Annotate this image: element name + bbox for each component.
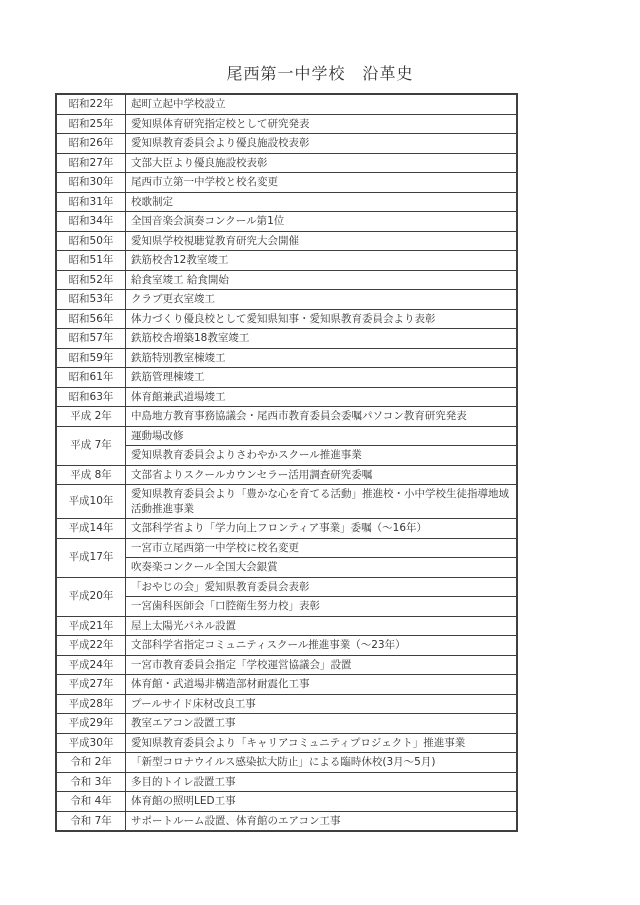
year-cell: 昭和63年 xyxy=(56,387,126,407)
year-cell: 昭和25年 xyxy=(56,114,126,134)
event-cell: 運動場改修 xyxy=(126,426,518,446)
event-cell: 愛知県教育委員会よりさわやかスクール推進事業 xyxy=(126,446,518,466)
year-cell: 平成 8年 xyxy=(56,465,126,485)
table-row: 令和 2年「新型コロナウイルス感染拡大防止」による臨時休校(3月～5月) xyxy=(56,753,517,773)
event-cell: 「新型コロナウイルス感染拡大防止」による臨時休校(3月～5月) xyxy=(126,753,518,773)
year-cell: 昭和22年 xyxy=(56,94,126,114)
year-cell: 昭和52年 xyxy=(56,270,126,290)
event-cell: 多目的トイレ設置工事 xyxy=(126,772,518,792)
event-cell: 体力づくり優良校として愛知県知事・愛知県教育委員会より表彰 xyxy=(126,309,518,329)
event-cell: 文部科学省より「学力向上フロンティア事業」委嘱（～16年） xyxy=(126,519,518,539)
event-cell: 尾西市立第一中学校と校名変更 xyxy=(126,173,518,193)
event-cell: 中島地方教育事務協議会・尾西市教育委員会委嘱パソコン教育研究発表 xyxy=(126,407,518,427)
year-cell: 平成 2年 xyxy=(56,407,126,427)
year-cell: 昭和26年 xyxy=(56,134,126,154)
year-cell: 昭和59年 xyxy=(56,348,126,368)
event-cell: クラブ更衣室竣工 xyxy=(126,290,518,310)
event-cell: 文部科学省指定コミュニティスクール推進事業（～23年） xyxy=(126,636,518,656)
year-cell: 昭和27年 xyxy=(56,153,126,173)
table-row: 昭和27年文部大臣より優良施設校表彰 xyxy=(56,153,517,173)
table-row: 平成22年文部科学省指定コミュニティスクール推進事業（～23年） xyxy=(56,636,517,656)
table-row: 昭和51年鉄筋校舎12教室竣工 xyxy=(56,251,517,271)
event-cell: 愛知県教育委員会より「豊かな心を育てる活動」推進校・小中学校生徒指導地域活動推進… xyxy=(126,485,518,519)
year-cell: 昭和50年 xyxy=(56,231,126,251)
table-row: 令和 4年体育館の照明LED工事 xyxy=(56,792,517,812)
year-cell: 平成30年 xyxy=(56,733,126,753)
event-cell: 体育館兼武道場竣工 xyxy=(126,387,518,407)
table-row: 平成 8年文部省よりスクールカウンセラー活用調査研究委嘱 xyxy=(56,465,517,485)
event-cell: 給食室竣工 給食開始 xyxy=(126,270,518,290)
event-cell: 全国音楽会演奏コンクール第1位 xyxy=(126,212,518,232)
table-row: 昭和53年クラブ更衣室竣工 xyxy=(56,290,517,310)
year-cell: 平成 7年 xyxy=(56,426,126,465)
year-cell: 平成28年 xyxy=(56,694,126,714)
event-cell: 体育館・武道場非構造部材耐震化工事 xyxy=(126,675,518,695)
table-row: 平成28年プールサイド床材改良工事 xyxy=(56,694,517,714)
event-cell: 鉄筋管理棟竣工 xyxy=(126,368,518,388)
table-row: 令和 3年多目的トイレ設置工事 xyxy=(56,772,517,792)
event-cell: プールサイド床材改良工事 xyxy=(126,694,518,714)
table-row: 平成17年一宮市立尾西第一中学校に校名変更 xyxy=(56,538,517,558)
table-row: 平成21年屋上太陽光パネル設置 xyxy=(56,616,517,636)
table-row: 平成14年文部科学省より「学力向上フロンティア事業」委嘱（～16年） xyxy=(56,519,517,539)
table-row: 平成 7年運動場改修 xyxy=(56,426,517,446)
page-title: 尾西第一中学校 沿革史 xyxy=(0,0,640,84)
year-cell: 昭和51年 xyxy=(56,251,126,271)
event-cell: 文部省よりスクールカウンセラー活用調査研究委嘱 xyxy=(126,465,518,485)
event-cell: 愛知県体育研究指定校として研究発表 xyxy=(126,114,518,134)
event-cell: 愛知県教育委員会より優良施設校表彰 xyxy=(126,134,518,154)
year-cell: 昭和61年 xyxy=(56,368,126,388)
table-row: 昭和61年鉄筋管理棟竣工 xyxy=(56,368,517,388)
event-cell: 文部大臣より優良施設校表彰 xyxy=(126,153,518,173)
year-cell: 平成22年 xyxy=(56,636,126,656)
table-row: 昭和26年愛知県教育委員会より優良施設校表彰 xyxy=(56,134,517,154)
table-row: 平成24年一宮市教育委員会指定「学校運営協議会」設置 xyxy=(56,655,517,675)
table-row: 昭和22年起町立起中学校設立 xyxy=(56,94,517,114)
event-cell: 教室エアコン設置工事 xyxy=(126,714,518,734)
year-cell: 令和 7年 xyxy=(56,811,126,831)
year-cell: 昭和56年 xyxy=(56,309,126,329)
year-cell: 昭和30年 xyxy=(56,173,126,193)
year-cell: 平成10年 xyxy=(56,485,126,519)
event-cell: 鉄筋特別教室棟竣工 xyxy=(126,348,518,368)
year-cell: 平成29年 xyxy=(56,714,126,734)
event-cell: 一宮市教育委員会指定「学校運営協議会」設置 xyxy=(126,655,518,675)
table-row: 一宮歯科医師会「口腔衛生努力校」表彰 xyxy=(56,597,517,617)
table-row: 令和 7年サポートルーム設置、体育館のエアコン工事 xyxy=(56,811,517,831)
table-row: 昭和30年尾西市立第一中学校と校名変更 xyxy=(56,173,517,193)
event-cell: 一宮歯科医師会「口腔衛生努力校」表彰 xyxy=(126,597,518,617)
year-cell: 昭和34年 xyxy=(56,212,126,232)
table-row: 平成27年体育館・武道場非構造部材耐震化工事 xyxy=(56,675,517,695)
document-page: 尾西第一中学校 沿革史 昭和22年起町立起中学校設立昭和25年愛知県体育研究指定… xyxy=(0,0,640,905)
year-cell: 昭和31年 xyxy=(56,192,126,212)
history-table-body: 昭和22年起町立起中学校設立昭和25年愛知県体育研究指定校として研究発表昭和26… xyxy=(56,94,517,831)
table-row: 昭和50年愛知県学校視聴覚教育研究大会開催 xyxy=(56,231,517,251)
event-cell: 吹奏楽コンクール全国大会銀賞 xyxy=(126,558,518,578)
year-cell: 昭和57年 xyxy=(56,329,126,349)
year-cell: 令和 4年 xyxy=(56,792,126,812)
year-cell: 平成14年 xyxy=(56,519,126,539)
event-cell: 一宮市立尾西第一中学校に校名変更 xyxy=(126,538,518,558)
table-row: 昭和25年愛知県体育研究指定校として研究発表 xyxy=(56,114,517,134)
event-cell: 鉄筋校舎増築18教室竣工 xyxy=(126,329,518,349)
table-row: 昭和56年体力づくり優良校として愛知県知事・愛知県教育委員会より表彰 xyxy=(56,309,517,329)
table-row: 昭和59年鉄筋特別教室棟竣工 xyxy=(56,348,517,368)
event-cell: 起町立起中学校設立 xyxy=(126,94,518,114)
year-cell: 令和 3年 xyxy=(56,772,126,792)
year-cell: 平成27年 xyxy=(56,675,126,695)
table-row: 平成10年愛知県教育委員会より「豊かな心を育てる活動」推進校・小中学校生徒指導地… xyxy=(56,485,517,519)
year-cell: 令和 2年 xyxy=(56,753,126,773)
year-cell: 昭和53年 xyxy=(56,290,126,310)
table-row: 昭和57年鉄筋校舎増築18教室竣工 xyxy=(56,329,517,349)
event-cell: 鉄筋校舎12教室竣工 xyxy=(126,251,518,271)
table-row: 平成 2年中島地方教育事務協議会・尾西市教育委員会委嘱パソコン教育研究発表 xyxy=(56,407,517,427)
event-cell: 校歌制定 xyxy=(126,192,518,212)
event-cell: 愛知県学校視聴覚教育研究大会開催 xyxy=(126,231,518,251)
year-cell: 平成21年 xyxy=(56,616,126,636)
table-row: 昭和63年体育館兼武道場竣工 xyxy=(56,387,517,407)
table-row: 昭和31年校歌制定 xyxy=(56,192,517,212)
table-row: 昭和34年全国音楽会演奏コンクール第1位 xyxy=(56,212,517,232)
table-row: 昭和52年給食室竣工 給食開始 xyxy=(56,270,517,290)
year-cell: 平成20年 xyxy=(56,577,126,616)
table-row: 吹奏楽コンクール全国大会銀賞 xyxy=(56,558,517,578)
table-row: 平成30年愛知県教育委員会より「キャリアコミュニティプロジェクト」推進事業 xyxy=(56,733,517,753)
event-cell: サポートルーム設置、体育館のエアコン工事 xyxy=(126,811,518,831)
event-cell: 「おやじの会」愛知県教育委員会表彰 xyxy=(126,577,518,597)
history-table: 昭和22年起町立起中学校設立昭和25年愛知県体育研究指定校として研究発表昭和26… xyxy=(55,93,518,832)
event-cell: 屋上太陽光パネル設置 xyxy=(126,616,518,636)
event-cell: 愛知県教育委員会より「キャリアコミュニティプロジェクト」推進事業 xyxy=(126,733,518,753)
year-cell: 平成17年 xyxy=(56,538,126,577)
event-cell: 体育館の照明LED工事 xyxy=(126,792,518,812)
year-cell: 平成24年 xyxy=(56,655,126,675)
table-row: 平成29年教室エアコン設置工事 xyxy=(56,714,517,734)
table-row: 平成20年「おやじの会」愛知県教育委員会表彰 xyxy=(56,577,517,597)
table-row: 愛知県教育委員会よりさわやかスクール推進事業 xyxy=(56,446,517,466)
